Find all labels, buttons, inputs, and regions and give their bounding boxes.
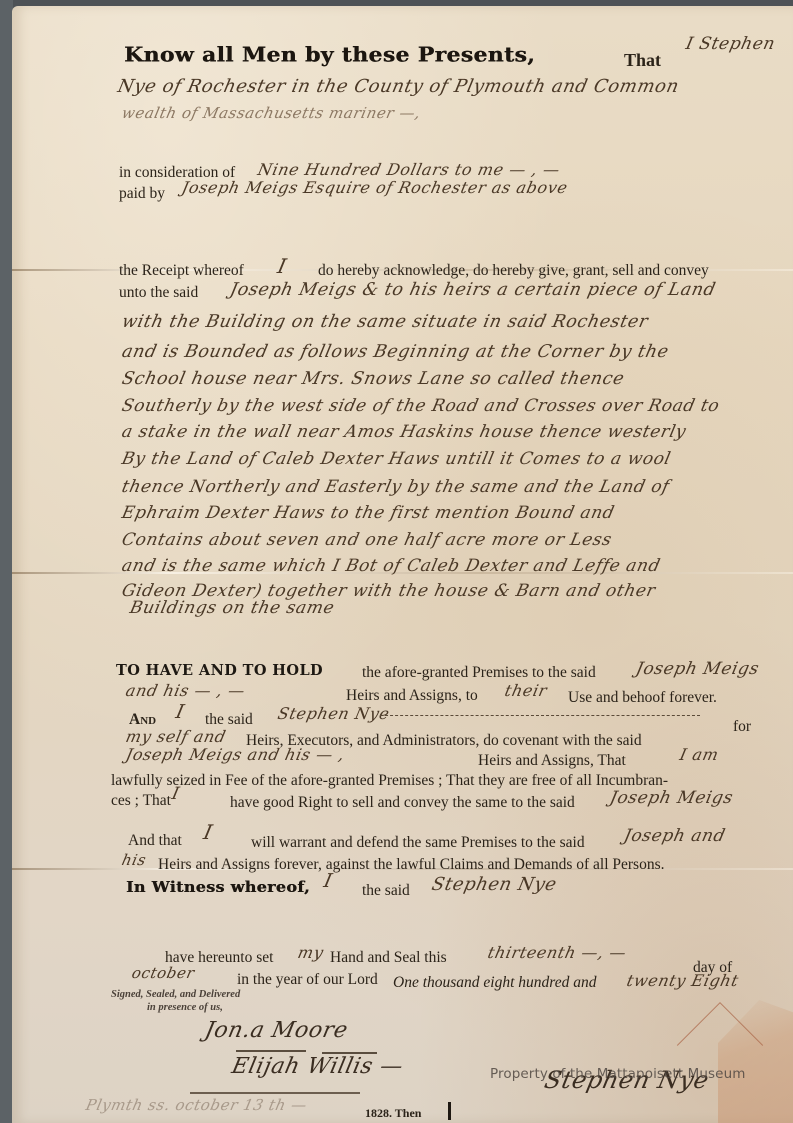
hand-description-line: Buildings on the same <box>128 600 336 617</box>
year-printed: One thousand eight hundred and <box>393 975 597 991</box>
signature-underline <box>236 1050 306 1052</box>
habendum-text-7: ces ; That <box>111 793 171 809</box>
the-said-label: the said <box>362 883 410 899</box>
hand-description-line: School house near Mrs. Snows Lane so cal… <box>120 371 626 389</box>
warranty-label-1: And that <box>128 833 182 849</box>
year-label: in the year of our Lord <box>237 972 378 988</box>
hand-description-line: and is Bounded as follows Beginning at t… <box>120 344 670 362</box>
hand-grantee-4: Joseph Meigs <box>608 790 734 807</box>
habendum-text-8: have good Right to sell and convey the s… <box>230 795 575 811</box>
hand-description-line: Southerly by the west side of the Road a… <box>120 398 721 415</box>
hand-day: thirteenth —, — <box>486 945 628 961</box>
hand-acknowledgment-date: Plymth ss. october 13 th — <box>84 1098 308 1113</box>
signed-sealed-label: Signed, Sealed, and Delivered <box>111 990 240 1001</box>
unto-label: unto the said <box>119 285 198 301</box>
hand-grantor-1: I Stephen <box>684 36 777 53</box>
hand-use: their <box>503 683 548 699</box>
hand-seal-label: Hand and Seal this <box>330 950 447 966</box>
hand-description-line: By the Land of Caleb Dexter Haws untill … <box>120 451 672 468</box>
hand-description-line: thence Northerly and Easterly by the sam… <box>120 479 671 496</box>
hand-grantor-name: Stephen Nye <box>430 876 558 894</box>
hand-grantee-2: and his — , — <box>124 683 246 699</box>
paid-by-label: paid by <box>119 186 165 202</box>
hand-description-line: Ephraim Dexter Haws to the first mention… <box>120 505 616 522</box>
hand-grantor-2: Nye of Rochester in the County of Plymou… <box>116 78 681 96</box>
witness-signature-2: Elijah Willis — <box>230 1056 406 1078</box>
in-presence-label: in presence of us, <box>147 1003 223 1014</box>
hand-grantor-name: Stephen Nye <box>276 706 391 722</box>
hand-grantee-1: Joseph Meigs <box>634 661 760 678</box>
hand-description-line: Contains about seven and one half acre m… <box>120 532 613 549</box>
habendum-text-5: Heirs and Assigns, That <box>478 753 626 769</box>
hand-description-line: and is the same which I Bot of Caleb Dex… <box>120 558 662 575</box>
hand-grantor-3: wealth of Massachusetts mariner —, <box>120 106 422 121</box>
the-said-label: the said <box>205 712 253 728</box>
signature-line <box>190 1092 360 1094</box>
and-label: And <box>129 712 156 728</box>
hand-year: twenty Eight <box>625 973 740 989</box>
hand-description-line: with the Building on the same situate in… <box>120 314 649 332</box>
hand-grantee-3: Joseph Meigs and his — , <box>124 747 346 763</box>
museum-watermark: Property of the Mattapoisett Museum <box>490 1066 746 1082</box>
warranty-label-2: will warrant and defend the same Premise… <box>251 835 585 851</box>
grant-clause: do hereby acknowledge, do hereby give, g… <box>318 263 709 279</box>
hand-grantee: Joseph and <box>622 828 727 845</box>
hand-paid-by: Joseph Meigs Esquire of Rochester as abo… <box>180 180 569 196</box>
witness-signature-1: Jon.a Moore <box>203 1020 350 1042</box>
witness-heading: In Witness whereof, <box>126 879 310 894</box>
habendum-text-6: lawfully seized in Fee of the afore-gran… <box>111 773 668 789</box>
for-label: for <box>733 719 751 735</box>
habendum-text-2: Heirs and Assigns, to <box>346 688 478 704</box>
blank-fill-dashes <box>380 715 700 716</box>
that-label: That <box>624 51 661 69</box>
habendum-text-3: Use and behoof forever. <box>568 690 717 706</box>
acknowledgment-year: 1828. Then <box>365 1107 421 1119</box>
form-bracket-mark <box>448 1102 451 1120</box>
hand-description-line: Joseph Meigs & to his heirs a certain pi… <box>228 282 717 300</box>
habendum-heading: TO HAVE AND TO HOLD <box>116 664 323 679</box>
hand-amount: Nine Hundred Dollars to me — , — <box>256 162 561 178</box>
hand-description-line: a stake in the wall near Amos Haskins ho… <box>120 424 687 441</box>
habendum-text-1: the afore-granted Premises to the said <box>362 665 596 681</box>
hand-his: his <box>120 853 147 868</box>
hand-month: october <box>130 966 196 981</box>
deed-title: Know all Men by these Presents, <box>124 45 535 66</box>
receipt-label: the Receipt whereof <box>119 263 244 279</box>
warranty-label-3: Heirs and Assigns forever, against the l… <box>158 857 664 873</box>
hand-i-am: I am <box>678 747 720 763</box>
hand-my: my <box>296 945 325 961</box>
hand-myself: my self and <box>124 729 227 745</box>
